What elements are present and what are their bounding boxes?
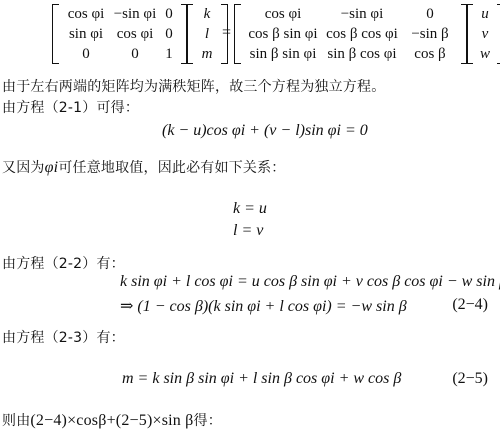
relation-l-v: l = v — [233, 222, 263, 240]
vector-cell: u — [477, 6, 493, 23]
matrix-cell: cos β sin φi — [245, 26, 321, 43]
vector-cell: k — [197, 6, 217, 23]
phi-symbol: φi — [45, 159, 59, 176]
matrix-cell: cos β — [403, 46, 457, 63]
text-prefix: 又因为 — [2, 160, 45, 176]
matrix-cell: 0 — [63, 46, 109, 63]
right-matrix: cos φi −sin φi 0 cos β sin φi cos β cos … — [234, 4, 468, 64]
matrix-cell: 0 — [109, 46, 161, 63]
left-matrix: cos φi −sin φi 0 sin φi cos φi 0 0 0 1 — [52, 4, 188, 64]
matrix-cell: cos φi — [245, 6, 321, 23]
vector-cell: v — [477, 26, 493, 43]
equals-sign: = — [222, 24, 231, 42]
relation-k-u: k = u — [233, 200, 267, 218]
matrix-cell: sin β cos φi — [321, 46, 403, 63]
paragraph-full-rank: 由于左右两端的矩阵均为满秩矩阵，故三个方程为独立方程。 — [2, 76, 385, 96]
matrix-cell: 0 — [161, 6, 177, 23]
equation-label-2-4: (2−4) — [452, 296, 488, 314]
equation-label-2-5: (2−5) — [452, 370, 488, 388]
matrix-cell: −sin φi — [109, 6, 161, 23]
matrix-cell: cos β cos φi — [321, 26, 403, 43]
paragraph-combine: 则由(2−4)×cosβ+(2−5)×sin β得： — [2, 410, 222, 430]
equation-2-4: ⇒ (1 − cos β)(k sin φi + l cos φi) = −w … — [120, 296, 407, 316]
paragraph-from-eq-2-2: 由方程（2-2）有： — [2, 253, 125, 273]
matrix-cell: cos φi — [109, 26, 161, 43]
paragraph-from-eq-2-1: 由方程（2-1）可得： — [2, 97, 139, 117]
text-suffix: 得： — [194, 413, 222, 429]
right-vector: u v w — [466, 4, 500, 64]
matrix-cell: 1 — [161, 46, 177, 63]
combine-expression: (2−4)×cosβ+(2−5)×sin β — [30, 412, 193, 429]
matrix-cell: 0 — [161, 26, 177, 43]
vector-cell: w — [477, 46, 493, 63]
equation-from-2-1: (k − u)cos φi + (v − l)sin φi = 0 — [162, 122, 368, 140]
matrix-cell: sin β sin φi — [245, 46, 321, 63]
matrix-cell: cos φi — [63, 6, 109, 23]
text-prefix: 则由 — [2, 413, 30, 429]
vector-cell: l — [197, 26, 217, 43]
matrix-cell: −sin β — [403, 26, 457, 43]
paragraph-phi-arbitrary: 又因为φi可任意地取值，因此必有如下关系： — [2, 157, 286, 177]
matrix-cell: sin φi — [63, 26, 109, 43]
equation-2-5: m = k sin β sin φi + l sin β cos φi + w … — [122, 370, 401, 388]
vector-cell: m — [197, 46, 217, 63]
text-suffix: 可任意地取值，因此必有如下关系： — [58, 160, 285, 176]
paragraph-from-eq-2-3: 由方程（2-3）有： — [2, 327, 125, 347]
matrix-cell: −sin φi — [321, 6, 403, 23]
matrix-cell: 0 — [403, 6, 457, 23]
equation-2-2-line1: k sin φi + l cos φi = u cos β sin φi + v… — [120, 273, 500, 291]
